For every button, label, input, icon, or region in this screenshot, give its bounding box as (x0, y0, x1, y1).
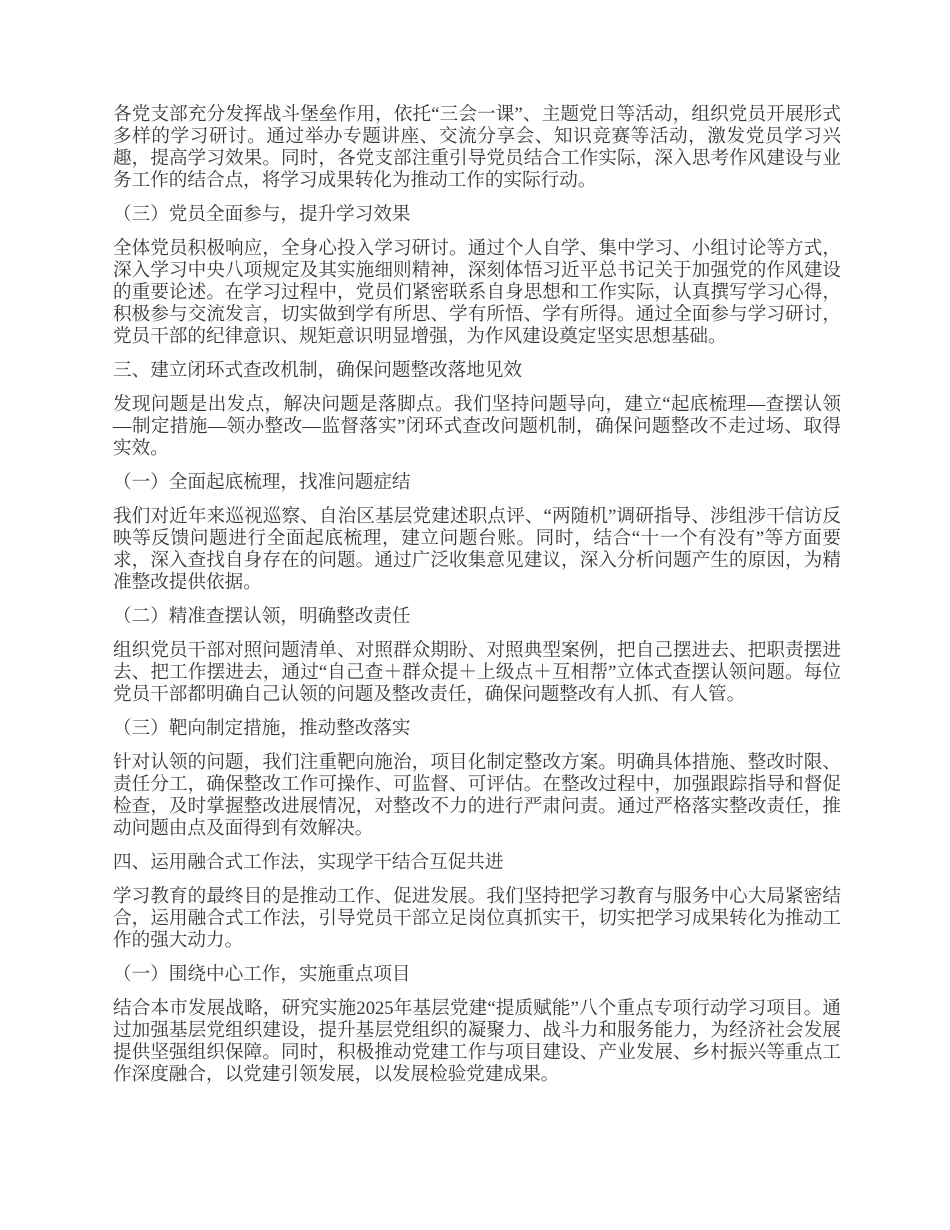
document-page: 各党支部充分发挥战斗堡垒作用，依托“三会一课”、主题党日等活动，组织党员开展形式… (0, 0, 950, 1230)
body-paragraph: 组织党员干部对照问题清单、对照群众期盼、对照典型案例，把自己摆进去、把职责摆进去… (113, 640, 841, 706)
body-paragraph: 我们对近年来巡视巡察、自治区基层党建述职点评、“两随机”调研指导、涉组涉干信访反… (113, 506, 841, 594)
section-heading: （一）围绕中心工作，实施重点项目 (113, 964, 841, 986)
section-heading: 三、建立闭环式查改机制，确保问题整改落地见效 (113, 360, 841, 382)
section-heading: 四、运用融合式工作法，实现学干结合互促共进 (113, 852, 841, 874)
body-paragraph: 针对认领的问题，我们注重靶向施治，项目化制定整改方案。明确具体措施、整改时限、责… (113, 752, 841, 840)
section-heading: （三）党员全面参与，提升学习效果 (113, 204, 841, 226)
body-paragraph: 结合本市发展战略，研究实施2025年基层党建“提质赋能”八个重点专项行动学习项目… (113, 998, 841, 1086)
section-heading: （三）靶向制定措施，推动整改落实 (113, 718, 841, 740)
section-heading: （一）全面起底梳理，找准问题症结 (113, 472, 841, 494)
body-paragraph: 各党支部充分发挥战斗堡垒作用，依托“三会一课”、主题党日等活动，组织党员开展形式… (113, 104, 841, 192)
body-paragraph: 全体党员积极响应，全身心投入学习研讨。通过个人自学、集中学习、小组讨论等方式，深… (113, 238, 841, 348)
document-content: 各党支部充分发挥战斗堡垒作用，依托“三会一课”、主题党日等活动，组织党员开展形式… (113, 104, 841, 1086)
body-paragraph: 学习教育的最终目的是推动工作、促进发展。我们坚持把学习教育与服务中心大局紧密结合… (113, 886, 841, 952)
body-paragraph: 发现问题是出发点，解决问题是落脚点。我们坚持问题导向，建立“起底梳理—查摆认领—… (113, 394, 841, 460)
section-heading: （二）精准查摆认领，明确整改责任 (113, 606, 841, 628)
